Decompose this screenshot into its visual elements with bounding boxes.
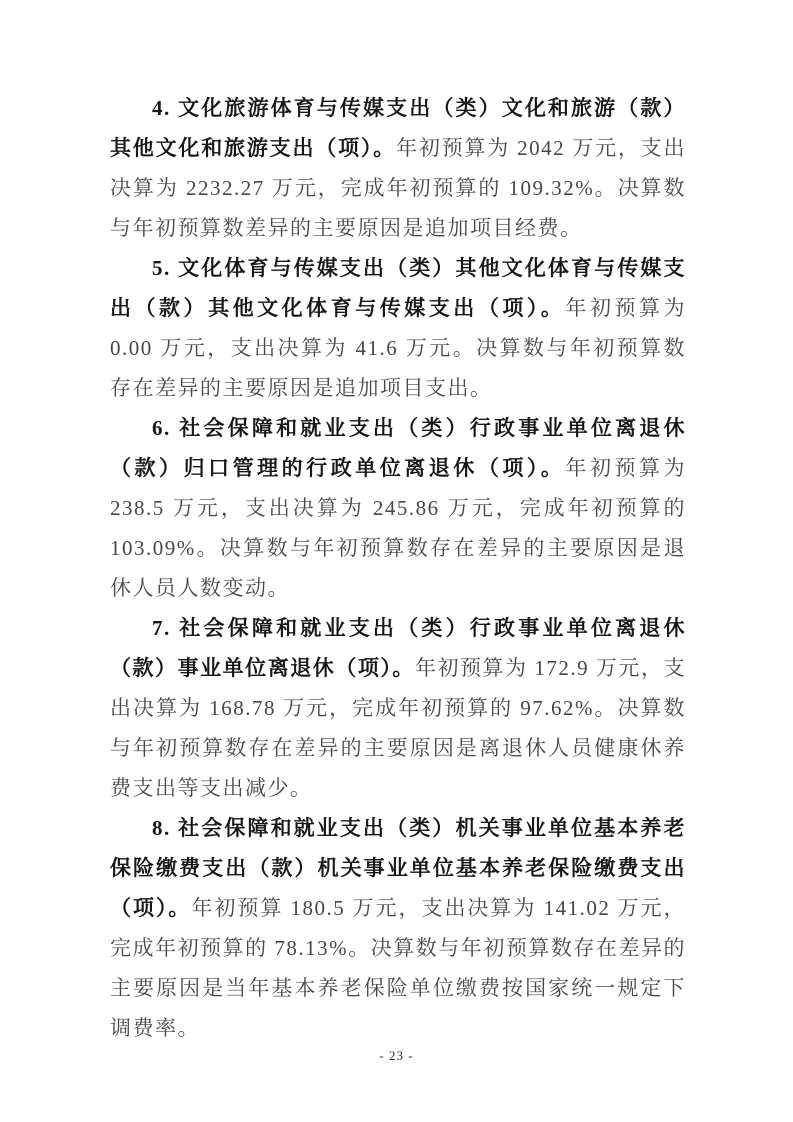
paragraph-8-body: 年初预算 180.5 万元，支出决算为 141.02 万元，完成年初预算的 78… <box>110 896 686 1040</box>
page-content: 4. 文化旅游体育与传媒支出（类）文化和旅游（款）其他文化和旅游支出（项）。年初… <box>110 88 686 1048</box>
paragraph-item-5: 5. 文化体育与传媒支出（类）其他文化体育与传媒支出（款）其他文化体育与传媒支出… <box>110 248 686 408</box>
paragraph-item-6: 6. 社会保障和就业支出（类）行政事业单位离退休（款）归口管理的行政单位离退休（… <box>110 408 686 608</box>
page-footer: - 23 - <box>0 1046 793 1066</box>
paragraph-item-7: 7. 社会保障和就业支出（类）行政事业单位离退休（款）事业单位离退休（项）。年初… <box>110 608 686 808</box>
page-number: - 23 - <box>379 1048 413 1063</box>
paragraph-item-4: 4. 文化旅游体育与传媒支出（类）文化和旅游（款）其他文化和旅游支出（项）。年初… <box>110 88 686 248</box>
document-page: 4. 文化旅游体育与传媒支出（类）文化和旅游（款）其他文化和旅游支出（项）。年初… <box>0 0 793 1122</box>
paragraph-item-8: 8. 社会保障和就业支出（类）机关事业单位基本养老保险缴费支出（款）机关事业单位… <box>110 808 686 1048</box>
